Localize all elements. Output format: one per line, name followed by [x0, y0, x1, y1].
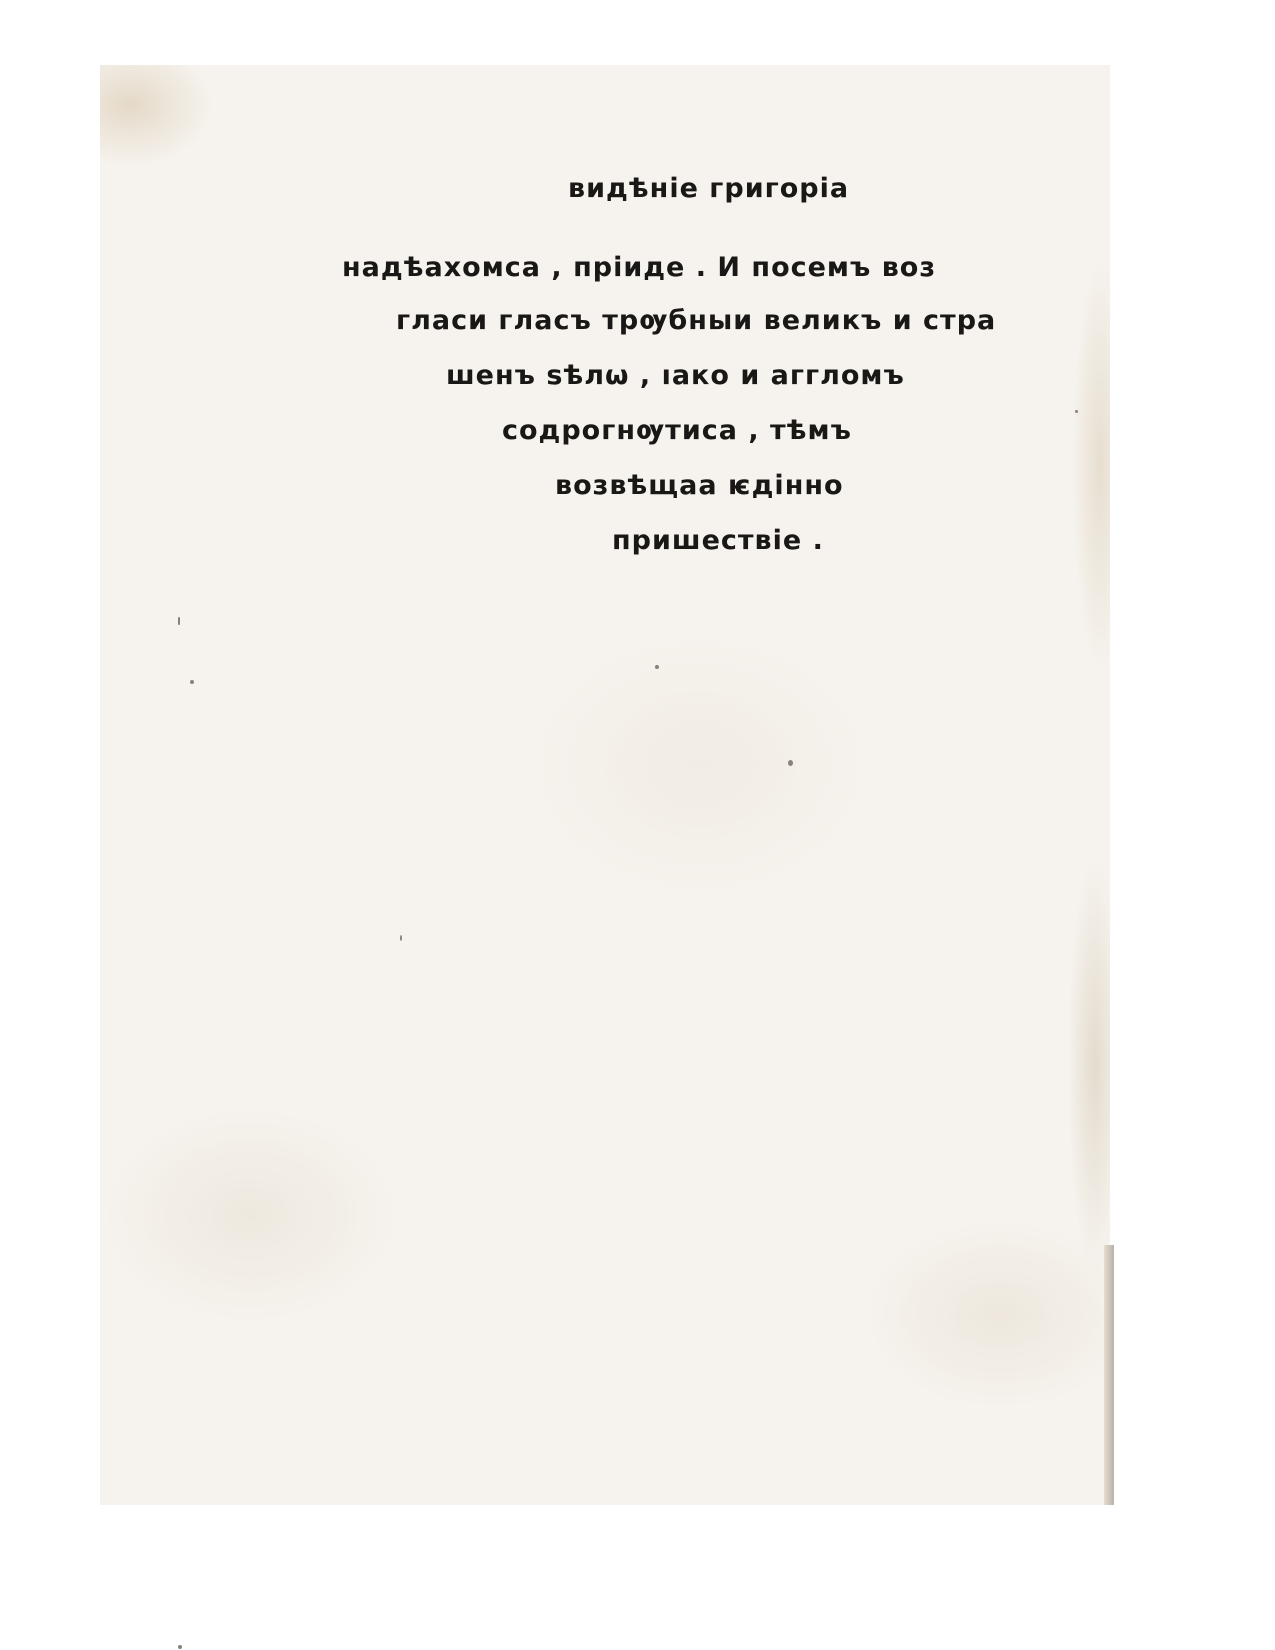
text-line-1: надѣахомса , пріиде . И посемъ воз [342, 252, 936, 283]
text-line-2: гласи гласъ трѹбныи великъ и стра [396, 305, 996, 336]
text-line-4: содрогнѹтиса , тѣмъ [502, 415, 852, 446]
ink-speck [178, 1645, 182, 1649]
page-title: видѣніе григоріа [568, 173, 849, 204]
text-line-6: пришествіе . [612, 525, 824, 556]
manuscript-page: видѣніе григоріа надѣахомса , пріиде . И… [100, 65, 1110, 1505]
text-line-3: шенъ ѕѣлѡ , ıако и аггломъ [446, 360, 905, 391]
text-block: видѣніе григоріа надѣахомса , пріиде . И… [100, 65, 1110, 1505]
text-line-5: возвѣщаа ѥдінно [555, 470, 844, 501]
